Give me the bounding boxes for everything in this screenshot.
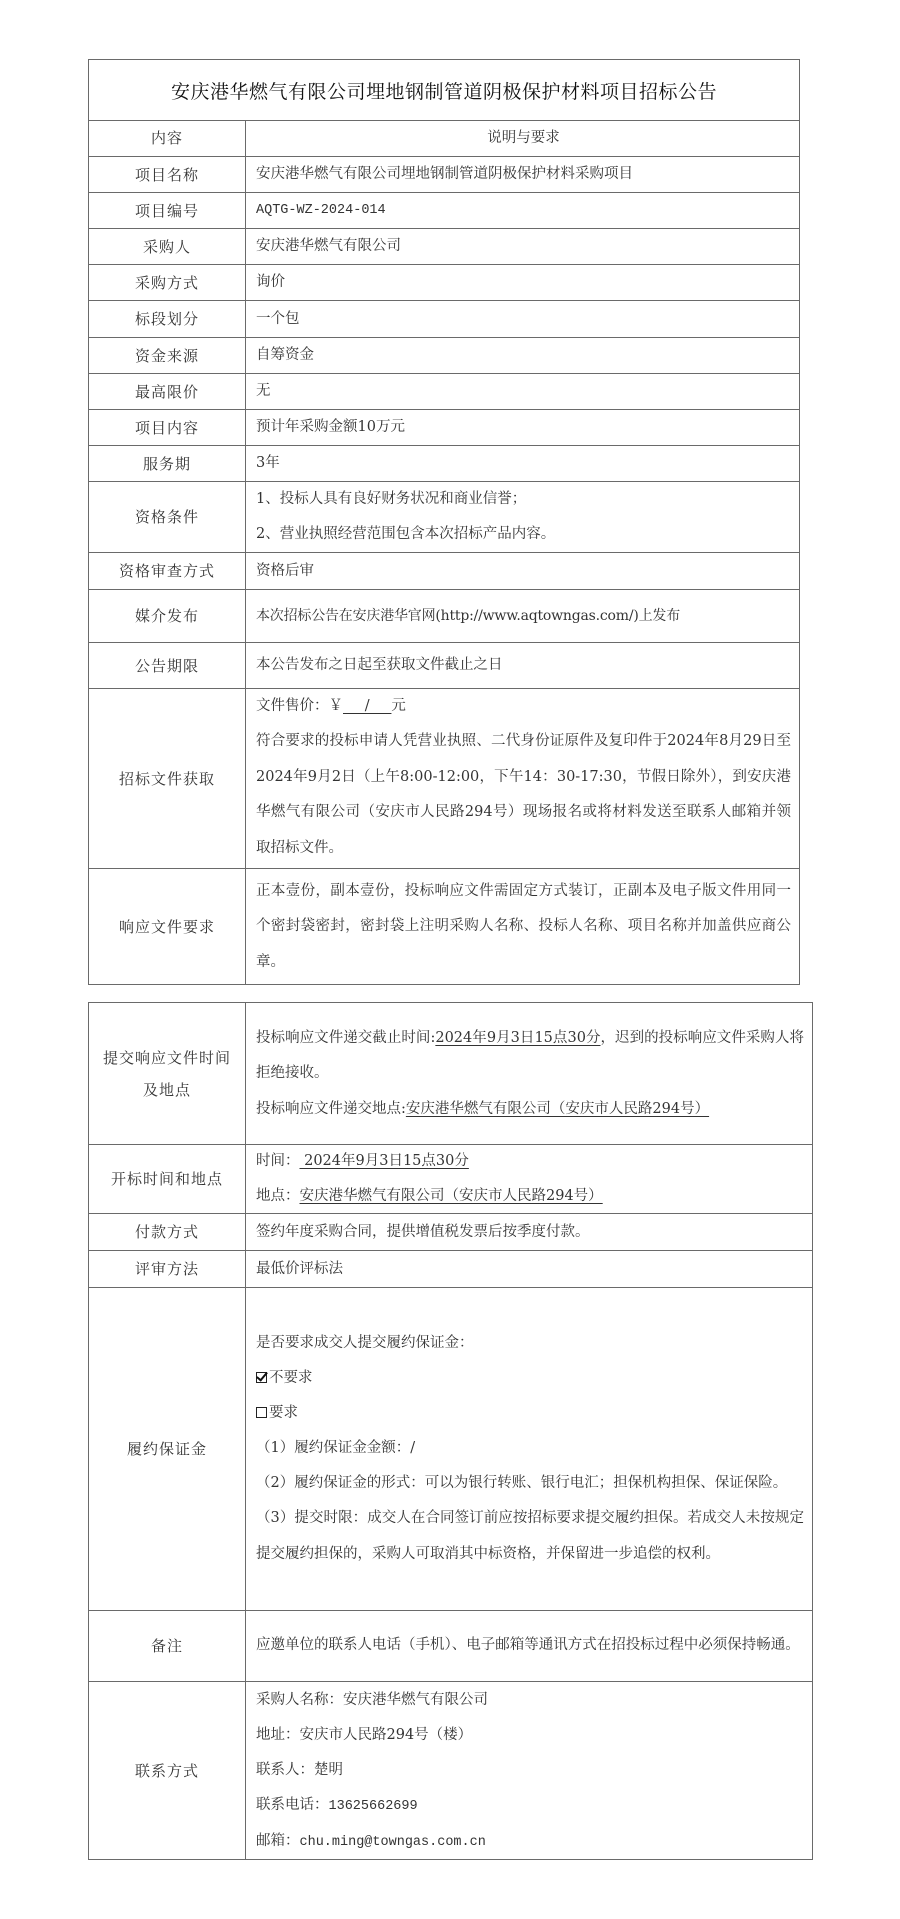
row-value: 本次招标公告在安庆港华官网(http://www.aqtowngas.com/)… [256, 599, 791, 634]
qualification-item: 2、营业执照经营范围包含本次招标产品内容。 [256, 517, 791, 552]
row-label: 备注 [89, 1611, 246, 1681]
response-requirements: 正本壹份，副本壹份，投标响应文件需固定方式装订，正副本及电子版文件用同一个密封袋… [247, 869, 799, 985]
row-value: 安庆港华燃气有限公司埋地钢制管道阴极保护材料采购项目 [247, 157, 799, 192]
table-row: 标段划分 一个包 [89, 301, 799, 338]
email-link[interactable]: chu.ming@towngas.com.cn [300, 1835, 486, 1850]
document-price: 文件售价：￥___/___元 [256, 689, 791, 724]
table-row: 采购人 安庆港华燃气有限公司 [89, 229, 799, 265]
row-label: 评审方法 [89, 1251, 246, 1287]
row-value: 应邀单位的联系人电话（手机）、电子邮箱等通讯方式在招投标过程中必须保持畅通。 [256, 1628, 804, 1664]
row-label: 招标文件获取 [89, 689, 246, 868]
tender-table-part2: 提交响应文件时间及地点 投标响应文件递交截止时间:2024年9月3日15点30分… [88, 1002, 813, 1860]
table-row: 备注 应邀单位的联系人电话（手机）、电子邮箱等通讯方式在招投标过程中必须保持畅通… [89, 1611, 812, 1682]
submission-details: 投标响应文件递交截止时间:2024年9月3日15点30分，迟到的投标响应文件采购… [247, 1003, 812, 1144]
row-label: 采购人 [89, 229, 246, 264]
guarantee-amount: （1）履约保证金金额：/ [256, 1431, 804, 1466]
contact-phone: 联系电话：13625662699 [256, 1788, 804, 1824]
row-label: 项目编号 [89, 193, 246, 228]
unchecked-checkbox-icon [256, 1407, 267, 1418]
project-number: AQTG-WZ-2024-014 [247, 193, 799, 228]
row-value: 无 [247, 374, 799, 409]
row-label: 媒介发布 [89, 590, 246, 642]
header-description: 说明与要求 [247, 120, 799, 156]
row-label: 公告期限 [89, 643, 246, 688]
option-not-required: 不要求 [256, 1361, 804, 1396]
row-label: 资格审查方式 [89, 553, 246, 589]
media-release: 本次招标公告在安庆港华官网(http://www.aqtowngas.com/)… [247, 590, 799, 642]
row-value: 正本壹份，副本壹份，投标响应文件需固定方式装订，正副本及电子版文件用同一个密封袋… [256, 874, 791, 981]
row-value: 一个包 [247, 301, 799, 337]
row-label: 最高限价 [89, 374, 246, 409]
row-label: 开标时间和地点 [89, 1145, 246, 1213]
table-header-row: 内容 说明与要求 [89, 120, 799, 157]
page-title: 安庆港华燃气有限公司埋地钢制管道阴极保护材料项目招标公告 [89, 60, 799, 121]
table-row: 评审方法 最低价评标法 [89, 1251, 812, 1288]
row-value: 签约年度采购合同，提供增值税发票后按季度付款。 [247, 1214, 812, 1250]
contact-details: 采购人名称：安庆港华燃气有限公司 地址：安庆市人民路294号（楼） 联系人：楚明… [247, 1682, 812, 1860]
table-row: 履约保证金 是否要求成交人提交履约保证金： 不要求 要求 （1）履约保证金金额：… [89, 1288, 812, 1611]
table-row: 最高限价 无 [89, 374, 799, 410]
table-row: 开标时间和地点 时间： 2024年9月3日15点30分 地点：安庆港华燃气有限公… [89, 1145, 812, 1214]
row-value: 询价 [247, 265, 799, 300]
table-row: 提交响应文件时间及地点 投标响应文件递交截止时间:2024年9月3日15点30分… [89, 1003, 812, 1145]
document-acquisition: 文件售价：￥___/___元 符合要求的投标申请人凭营业执照、二代身份证原件及复… [247, 689, 799, 868]
table-row: 服务期 3年 [89, 446, 799, 482]
table-row: 媒介发布 本次招标公告在安庆港华官网(http://www.aqtowngas.… [89, 590, 799, 643]
table-row: 项目名称 安庆港华燃气有限公司埋地钢制管道阴极保护材料采购项目 [89, 157, 799, 193]
row-value: 最低价评标法 [247, 1251, 812, 1287]
guarantee-deadline: （3）提交时限：成交人在合同签订前应按招标要求提交履约担保。若成交人未按规定提交… [256, 1501, 804, 1572]
opening-place-value: 安庆港华燃气有限公司（安庆市人民路294号） [300, 1188, 603, 1204]
table-row: 项目内容 预计年采购金额10万元 [89, 410, 799, 446]
table-row: 资格条件 1、投标人具有良好财务状况和商业信誉； 2、营业执照经营范围包含本次招… [89, 482, 799, 553]
table-row: 项目编号 AQTG-WZ-2024-014 [89, 193, 799, 229]
table-row: 联系方式 采购人名称：安庆港华燃气有限公司 地址：安庆市人民路294号（楼） 联… [89, 1682, 812, 1860]
deadline-value: 2024年9月3日15点30分 [435, 1030, 600, 1046]
contact-email: 邮箱：chu.ming@towngas.com.cn [256, 1824, 804, 1860]
acquisition-details: 符合要求的投标申请人凭营业执照、二代身份证原件及复印件于2024年8月29日至2… [256, 724, 791, 866]
row-value: 资格后审 [247, 553, 799, 589]
row-label: 资格条件 [89, 482, 246, 552]
row-label: 提交响应文件时间及地点 [89, 1003, 246, 1144]
row-label: 联系方式 [89, 1682, 246, 1860]
guarantee-details: 是否要求成交人提交履约保证金： 不要求 要求 （1）履约保证金金额：/ （2）履… [247, 1288, 812, 1610]
table-row: 采购方式 询价 [89, 265, 799, 301]
table-row: 响应文件要求 正本壹份，副本壹份，投标响应文件需固定方式装订，正副本及电子版文件… [89, 869, 799, 985]
table-row: 付款方式 签约年度采购合同，提供增值税发票后按季度付款。 [89, 1214, 812, 1251]
qualification-item: 1、投标人具有良好财务状况和商业信誉； [256, 482, 791, 517]
phone-number: 13625662699 [329, 1799, 418, 1814]
opening-details: 时间： 2024年9月3日15点30分 地点：安庆港华燃气有限公司（安庆市人民路… [247, 1145, 812, 1213]
table-row: 招标文件获取 文件售价：￥___/___元 符合要求的投标申请人凭营业执照、二代… [89, 689, 799, 869]
remarks: 应邀单位的联系人电话（手机）、电子邮箱等通讯方式在招投标过程中必须保持畅通。 [247, 1611, 812, 1681]
table-row: 公告期限 本公告发布之日起至获取文件截止之日 [89, 643, 799, 689]
option-required: 要求 [256, 1396, 804, 1431]
opening-time: 时间： 2024年9月3日15点30分 [256, 1144, 804, 1179]
submission-place: 投标响应文件递交地点:安庆港华燃气有限公司（安庆市人民路294号） [256, 1092, 804, 1127]
table-row: 资格审查方式 资格后审 [89, 553, 799, 590]
row-label: 服务期 [89, 446, 246, 481]
header-content: 内容 [89, 120, 246, 156]
table-row: 资金来源 自筹资金 [89, 338, 799, 374]
contact-buyer: 采购人名称：安庆港华燃气有限公司 [256, 1683, 804, 1718]
contact-address: 地址：安庆市人民路294号（楼） [256, 1718, 804, 1753]
row-value: 预计年采购金额10万元 [247, 410, 799, 445]
row-label: 采购方式 [89, 265, 246, 300]
submission-deadline: 投标响应文件递交截止时间:2024年9月3日15点30分，迟到的投标响应文件采购… [256, 1021, 804, 1092]
tender-table-part1: 安庆港华燃气有限公司埋地钢制管道阴极保护材料项目招标公告 内容 说明与要求 项目… [88, 59, 800, 985]
document-price-value: ___/___ [343, 698, 391, 714]
place-value: 安庆港华燃气有限公司（安庆市人民路294号） [406, 1101, 709, 1117]
guarantee-form: （2）履约保证金的形式：可以为银行转账、银行电汇；担保机构担保、保证保险。 [256, 1466, 804, 1502]
guarantee-question: 是否要求成交人提交履约保证金： [256, 1326, 804, 1361]
row-value: 本公告发布之日起至获取文件截止之日 [247, 643, 799, 688]
row-label: 项目内容 [89, 410, 246, 445]
contact-person: 联系人：楚明 [256, 1753, 804, 1788]
row-label: 项目名称 [89, 157, 246, 192]
checked-checkbox-icon [256, 1372, 267, 1383]
row-value: 安庆港华燃气有限公司 [247, 229, 799, 264]
opening-time-value: 2024年9月3日15点30分 [300, 1153, 469, 1169]
row-label: 资金来源 [89, 338, 246, 373]
qualification-list: 1、投标人具有良好财务状况和商业信誉； 2、营业执照经营范围包含本次招标产品内容… [247, 482, 799, 552]
row-label: 响应文件要求 [89, 869, 246, 985]
row-value: 自筹资金 [247, 338, 799, 373]
row-label: 标段划分 [89, 301, 246, 337]
row-value: 3年 [247, 446, 799, 481]
row-label: 履约保证金 [89, 1288, 246, 1610]
row-label: 付款方式 [89, 1214, 246, 1250]
opening-place: 地点：安庆港华燃气有限公司（安庆市人民路294号） [256, 1179, 804, 1214]
